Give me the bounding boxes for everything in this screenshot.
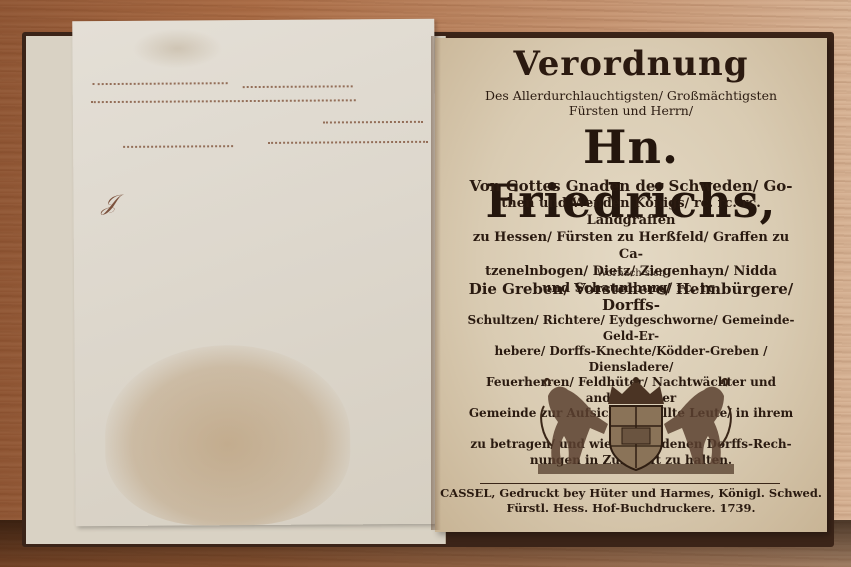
handwritten-signature: 𝒥 [101, 191, 116, 216]
handwriting-line [93, 82, 228, 85]
body-line: Die Greben/ Vorstehere/ Heimbürgere/ Dor… [461, 282, 801, 313]
body-line: hebere/ Dorffs-Knechte/Ködder-Greben / D… [461, 344, 801, 375]
coat-of-arms-icon [538, 376, 734, 476]
body-line: Schultzen/ Richtere/ Eydgeschworne/ Geme… [461, 313, 801, 344]
handwriting-line [91, 99, 356, 103]
handwriting-line [268, 141, 428, 144]
handwriting-line [123, 145, 233, 148]
imprint-line-1: CASSEL, Gedruckt bey Hüter und Harmes, K… [435, 486, 827, 500]
handwriting-line [323, 121, 423, 124]
water-stain [105, 344, 351, 526]
imprint-rule [480, 483, 780, 484]
stain-top [132, 28, 222, 69]
title: Verordnung [435, 44, 827, 84]
imprint-line-2: Fürstl. Hess. Hof-Buchdruckere. 1739. [435, 501, 827, 515]
styles-line: then und Wenden Königs/ rc. rc. rc. Land… [463, 195, 799, 229]
title-page: Verordnung Des Allerdurchlauchtigsten/ G… [435, 38, 827, 532]
dedication-line-1: Des Allerdurchlauchtigsten/ Großmächtigs… [435, 88, 827, 103]
book-gutter [431, 36, 441, 530]
handwriting-line [243, 85, 353, 88]
left-flyleaf: 𝒥 [72, 19, 438, 527]
styles-line: zu Hessen/ Fürsten zu Herßfeld/ Graffen … [463, 229, 799, 263]
wornach-line: Wornach sich [435, 268, 827, 279]
dedication-line-2: Fürsten und Herrn/ [435, 103, 827, 118]
styles-line: Von Gottes Gnaden der Schweden/ Go- [463, 178, 799, 195]
